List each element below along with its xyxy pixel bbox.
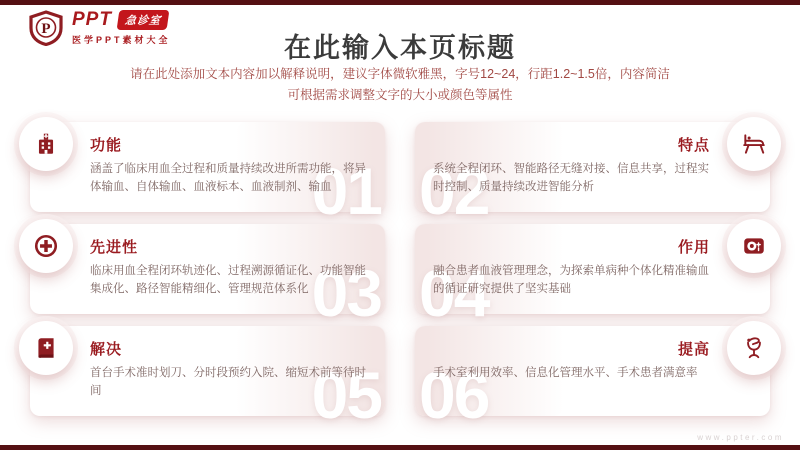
top-edge-bar bbox=[0, 0, 800, 5]
card-title: 作用 bbox=[433, 236, 710, 257]
card-feature: 02 特点 系统全程闭环、智能路径无缝对接、信息共享，过程实时控制、质量持续改进… bbox=[415, 122, 770, 212]
card-improvement: 06 提高 手术室利用效率、信息化管理水平、手术患者满意率 bbox=[415, 326, 770, 416]
subtitle-line-1: 请在此处添加文本内容加以解释说明，建议字体微软雅黑，字号12~24，行距1.2~… bbox=[130, 67, 670, 81]
card-advancement: 03 先进性 临床用血全程闭环轨迹化、过程溯源循证化、功能智能集成化、路径智能精… bbox=[30, 224, 385, 314]
card-solution: 05 解决 首台手术准时划刀、分时段预约入院、缩短术前等待时间 bbox=[30, 326, 385, 416]
hygieia-cup-icon bbox=[727, 321, 781, 375]
card-body: 手术室利用效率、信息化管理水平、手术患者满意率 bbox=[433, 364, 710, 382]
page-subtitle: 请在此处添加文本内容加以解释说明，建议字体微软雅黑，字号12~24，行距1.2~… bbox=[60, 64, 740, 105]
card-effect: 04 作用 融合患者血液管理理念，为探索单病种个体化精准输血的循证研究提供了坚实… bbox=[415, 224, 770, 314]
card-title: 提高 bbox=[433, 338, 710, 359]
bottom-edge-bar bbox=[0, 445, 800, 450]
card-body: 融合患者血液管理理念，为探索单病种个体化精准输血的循证研究提供了坚实基础 bbox=[433, 262, 710, 299]
hospital-bed-icon bbox=[727, 117, 781, 171]
card-body: 临床用血全程闭环轨迹化、过程溯源循证化、功能智能集成化、路径智能精细化、管理规范… bbox=[90, 262, 369, 299]
card-title: 特点 bbox=[433, 134, 710, 155]
page-title: 在此输入本页标题 bbox=[0, 26, 800, 65]
card-title: 先进性 bbox=[90, 236, 369, 257]
watermark: www.ppter.com bbox=[697, 433, 784, 442]
card-title: 解决 bbox=[90, 338, 369, 359]
card-body: 首台手术准时划刀、分时段预约入院、缩短术前等待时间 bbox=[90, 364, 369, 401]
first-aid-cross-icon bbox=[19, 219, 73, 273]
subtitle-line-2: 可根据需求调整文字的大小或颜色等属性 bbox=[287, 88, 512, 102]
card-body: 系统全程闭环、智能路径无缝对接、信息共享，过程实时控制、质量持续改进智能分析 bbox=[433, 160, 710, 197]
card-title: 功能 bbox=[90, 134, 369, 155]
hospital-building-icon bbox=[19, 117, 73, 171]
card-body: 涵盖了临床用血全过程和质量持续改进所需功能，将异体输血、自体输血、血液标本、血液… bbox=[90, 160, 369, 197]
monitor-device-icon bbox=[727, 219, 781, 273]
medical-book-icon bbox=[19, 321, 73, 375]
slide: P PPT 急诊室 医学PPT素材大全 在此输入本页标题 请在此处添加文本内容加… bbox=[0, 0, 800, 450]
card-function: 01 功能 涵盖了临床用血全过程和质量持续改进所需功能，将异体输血、自体输血、血… bbox=[30, 122, 385, 212]
